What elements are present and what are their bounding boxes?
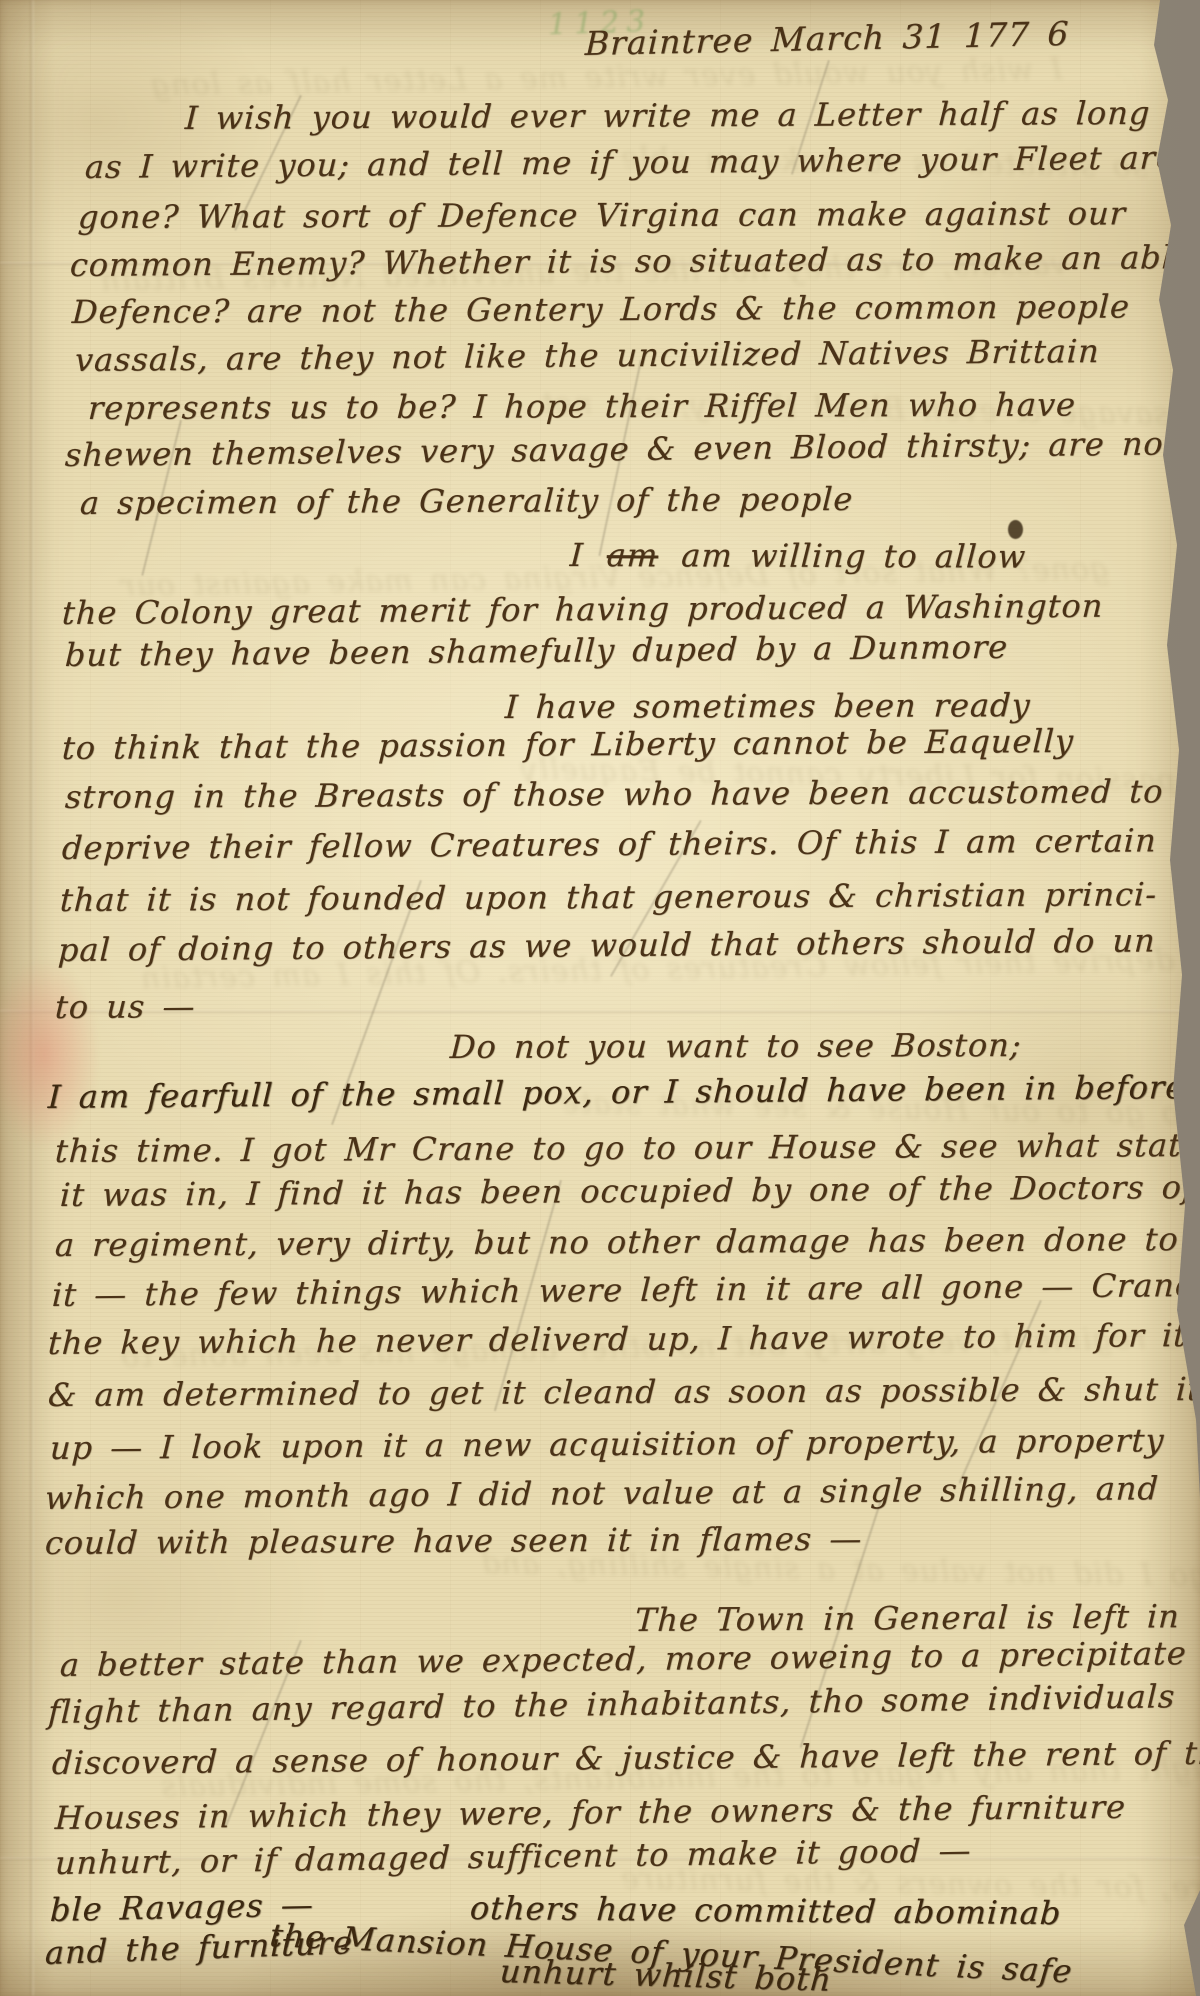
letter-line: gone? What sort of Defence Virgina can m… (77, 194, 1127, 236)
struck-word: am (606, 536, 660, 574)
letter-line: Defence? are not the Gentery Lords & the… (71, 287, 1131, 331)
letter-line: up — I look upon it a new acquisition of… (49, 1421, 1165, 1467)
ink-blot (1008, 520, 1023, 539)
letter-line: a specimen of the Generality of the peop… (79, 480, 854, 522)
letter-line: represents us to be? I hope their Riffel… (87, 386, 1077, 427)
letter-line: deprive their fellow Creatures of theirs… (61, 821, 1157, 867)
letter-line: to us — (54, 987, 196, 1026)
letter-line: common Enemy? Whether it is so situated … (69, 238, 1194, 284)
letter-line: I have sometimes been ready (504, 686, 1031, 726)
line-text: I (569, 536, 602, 574)
wax-stain (0, 958, 100, 1150)
letter-line: the key which he never deliverd up, I ha… (47, 1316, 1188, 1362)
line-text: am willing to allow (663, 536, 1027, 575)
letter-line: I wish you would ever write me a Letter … (184, 94, 1151, 137)
letter-line: that it is not founded upon that generou… (59, 875, 1158, 919)
manuscript-scan: { "letter": { "dateline": "Braintree Mar… (0, 0, 1200, 1996)
letter-line: flight than any regard to the inhabitant… (47, 1677, 1176, 1731)
letter-line: a better state than we expected, more ow… (59, 1634, 1187, 1684)
letter-line: vassals, are they not like the unciviliz… (74, 332, 1100, 379)
letter-line: a regiment, very dirty, but no other dam… (54, 1220, 1180, 1264)
letter-line: Do not you want to see Boston; (449, 1026, 1023, 1066)
letter-line: could with pleasure have seen it in flam… (44, 1520, 863, 1562)
letter-line: others have committed abominab (469, 1889, 1063, 1932)
letter-line-with-strikethrough: I am am willing to allow (569, 536, 1027, 576)
letter-line: this time. I got Mr Crane to go to our H… (54, 1126, 1200, 1170)
letter-line: it was in, I find it has been occupied b… (59, 1168, 1196, 1214)
letter-line: the Colony great merit for having produc… (61, 587, 1104, 632)
letter-line: it — the few things which were left in i… (51, 1265, 1200, 1314)
letter-line: unhurt whilst both (499, 1952, 834, 1996)
letter-line: & am determined to get it cleand as soon… (47, 1370, 1200, 1414)
letter-line: to think that the passion for Liberty ca… (61, 722, 1075, 767)
letter-page: 1123 I wish you would ever write me a Le… (0, 0, 1200, 1996)
letter-line: shewen themselves very savage & even Blo… (64, 424, 1178, 474)
letter-line: strong in the Breasts of those who have … (64, 772, 1164, 816)
letter-line: The Town in General is left in (634, 1597, 1181, 1639)
letter-line: which one month ago I did not value at a… (44, 1469, 1160, 1517)
letter-line: but they have been shamefully duped by a… (64, 628, 1009, 674)
